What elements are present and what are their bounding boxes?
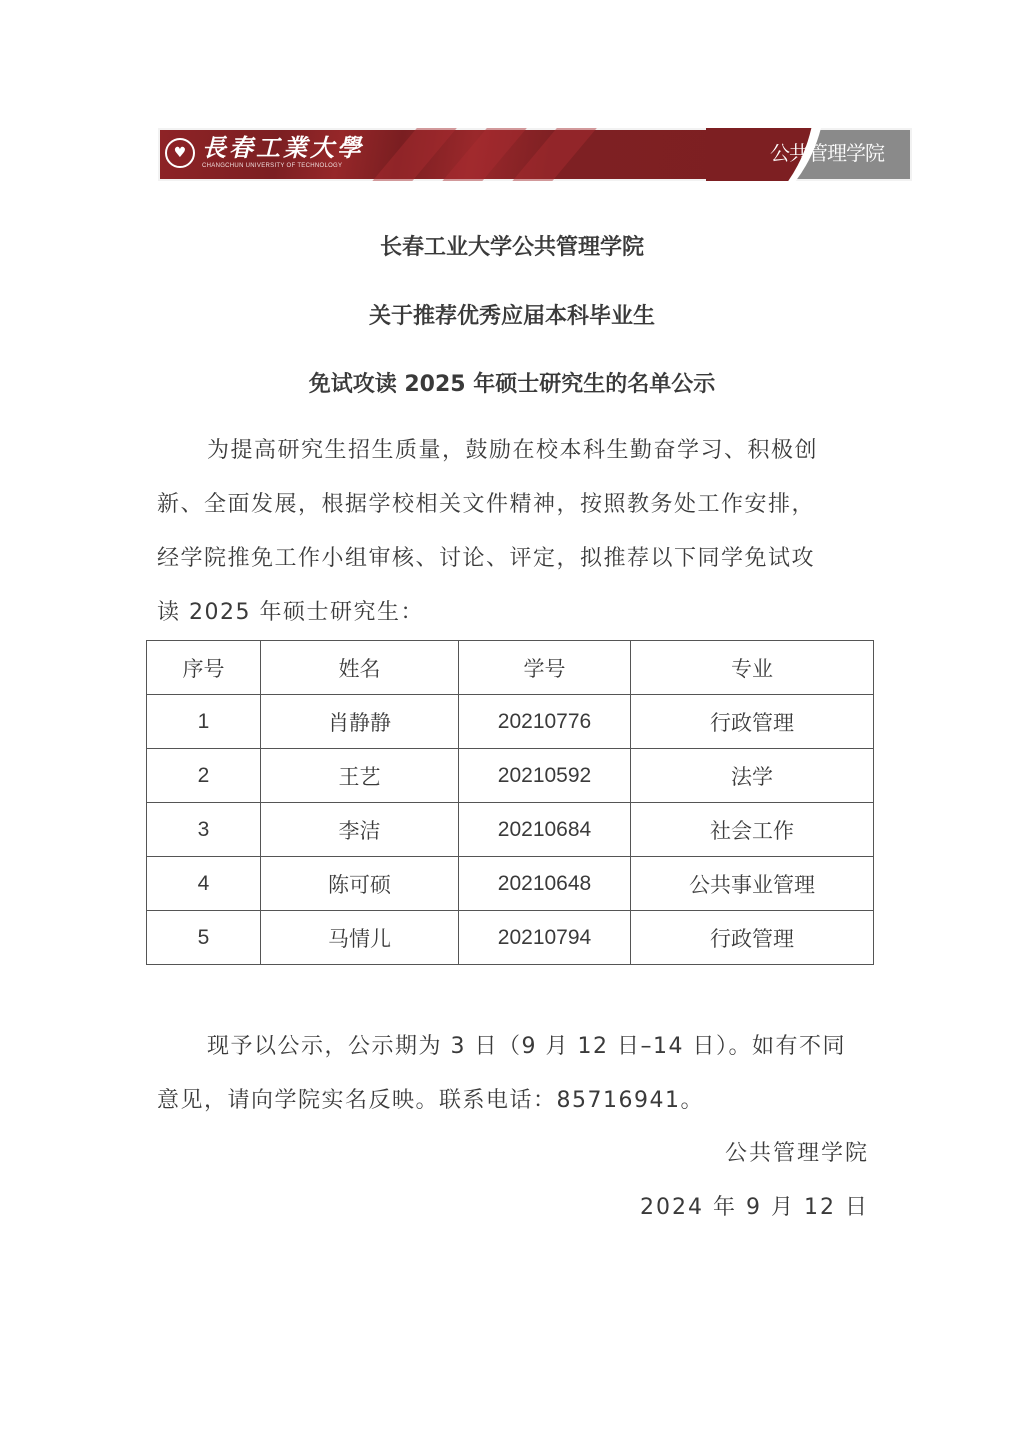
- title-line-1: 长春工业大学公共管理学院: [0, 230, 1024, 261]
- cell-name: 马情儿: [261, 911, 459, 965]
- header-student-id: 学号: [459, 641, 631, 695]
- cell-name: 王艺: [261, 749, 459, 803]
- notice-line: 现予以公示，公示期为 3 日（9 月 12 日–14 日）。如有不同: [157, 1020, 869, 1074]
- table-row: 4 陈可硕 20210648 公共事业管理: [147, 857, 874, 911]
- cell-student-id: 20210794: [459, 911, 631, 965]
- cell-index: 1: [147, 695, 261, 749]
- cell-major: 公共事业管理: [631, 857, 874, 911]
- cell-name: 李洁: [261, 803, 459, 857]
- university-name-en: CHANGCHUN UNIVERSITY OF TECHNOLOGY: [202, 163, 342, 169]
- title-line-2: 关于推荐优秀应届本科毕业生: [0, 299, 1024, 330]
- intro-line: 为提高研究生招生质量，鼓励在校本科生勤奋学习、积极创: [157, 424, 869, 478]
- cell-student-id: 20210684: [459, 803, 631, 857]
- cell-major: 行政管理: [631, 695, 874, 749]
- table-row: 5 马情儿 20210794 行政管理: [147, 911, 874, 965]
- signature-date: 2024 年 9 月 12 日: [640, 1190, 869, 1221]
- cell-name: 肖静静: [261, 695, 459, 749]
- cell-index: 2: [147, 749, 261, 803]
- cell-student-id: 20210592: [459, 749, 631, 803]
- cell-student-id: 20210648: [459, 857, 631, 911]
- notice-paragraph: 现予以公示，公示期为 3 日（9 月 12 日–14 日）。如有不同 意见，请向…: [157, 1020, 869, 1128]
- cell-index: 4: [147, 857, 261, 911]
- notice-line: 意见，请向学院实名反映。联系电话：85716941。: [157, 1074, 869, 1128]
- intro-line: 新、全面发展，根据学校相关文件精神，按照教务处工作安排，: [157, 478, 869, 532]
- cell-major: 法学: [631, 749, 874, 803]
- cell-index: 5: [147, 911, 261, 965]
- table-row: 2 王艺 20210592 法学: [147, 749, 874, 803]
- header-index: 序号: [147, 641, 261, 695]
- table-header-row: 序号 姓名 学号 专业: [147, 641, 874, 695]
- recommendation-table: 序号 姓名 学号 专业 1 肖静静 20210776 行政管理 2 王艺 202…: [146, 640, 874, 965]
- cell-name: 陈可硕: [261, 857, 459, 911]
- banner-department-name: 公共管理学院: [770, 138, 884, 168]
- header-major: 专业: [631, 641, 874, 695]
- header-name: 姓名: [261, 641, 459, 695]
- table-row: 1 肖静静 20210776 行政管理: [147, 695, 874, 749]
- cell-major: 社会工作: [631, 803, 874, 857]
- cell-index: 3: [147, 803, 261, 857]
- header-banner: ♥ 長春工業大學 CHANGCHUN UNIVERSITY OF TECHNOL…: [158, 128, 912, 181]
- cell-student-id: 20210776: [459, 695, 631, 749]
- signature-department: 公共管理学院: [725, 1136, 869, 1167]
- table-row: 3 李洁 20210684 社会工作: [147, 803, 874, 857]
- university-emblem-icon: ♥: [165, 138, 195, 168]
- cell-major: 行政管理: [631, 911, 874, 965]
- intro-paragraph: 为提高研究生招生质量，鼓励在校本科生勤奋学习、积极创 新、全面发展，根据学校相关…: [157, 424, 869, 640]
- university-name-cn: 長春工業大學: [202, 134, 364, 162]
- intro-line: 读 2025 年硕士研究生：: [157, 586, 869, 640]
- title-line-3: 免试攻读 2025 年硕士研究生的名单公示: [0, 367, 1024, 398]
- intro-line: 经学院推免工作小组审核、讨论、评定，拟推荐以下同学免试攻: [157, 532, 869, 586]
